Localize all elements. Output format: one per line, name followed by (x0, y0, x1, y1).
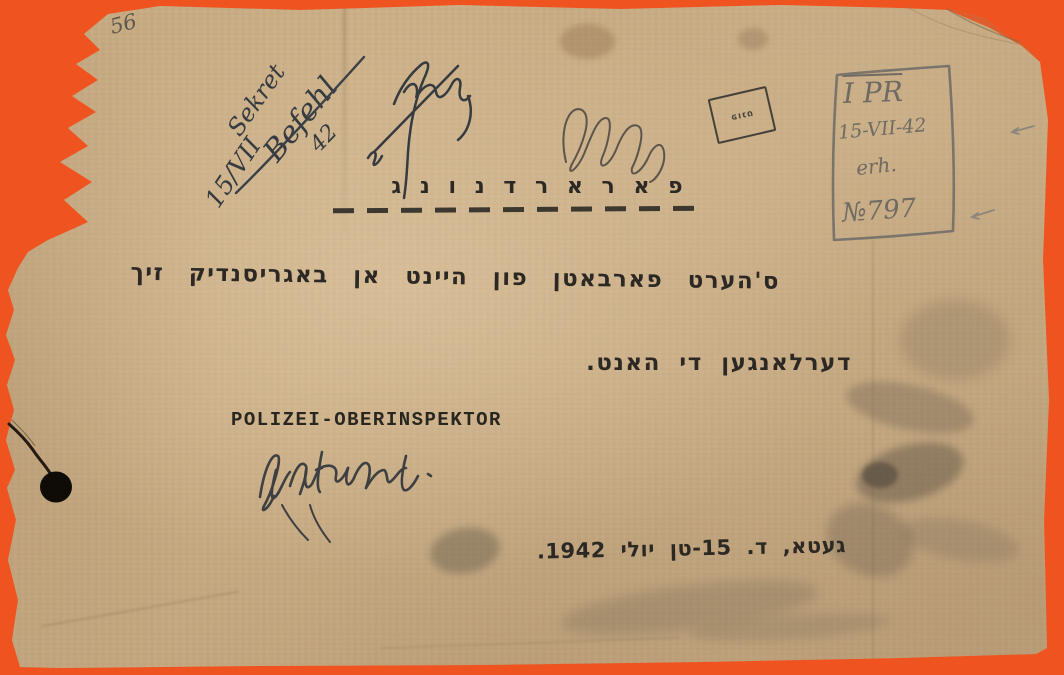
paper-crease (343, 8, 346, 233)
smudge-stain (842, 372, 979, 443)
document-title: פ א ר א ר ד נ ו נ ג (385, 174, 690, 199)
receipt-box-line1: I PR (842, 75, 903, 110)
receipt-box-line3: erh. (855, 152, 898, 180)
receipt-box-line4: №797 (841, 193, 917, 228)
signature-title: POLIZEI-OBERINSPEKTOR (231, 409, 502, 431)
paper-crease (380, 637, 680, 649)
smudge-stain (897, 510, 1022, 570)
smudge-stain (689, 608, 890, 647)
smudge-stain (738, 28, 768, 50)
smudge-stain (900, 300, 1010, 380)
body-text-line2: דערלאנגען די האנט. (552, 350, 852, 376)
smudge-stain (850, 432, 970, 514)
smudge-stain (560, 24, 615, 59)
paper-crease (41, 591, 238, 628)
smudge-stain (862, 462, 898, 488)
paper-crease (872, 240, 874, 660)
paper-sheet (0, 0, 1064, 675)
smudge-stain (558, 569, 822, 645)
scan-background: 56 Sekret Befehl 15/VII 42 I PR 15-VII-4… (0, 0, 1064, 675)
ink-stamp-text: פונט (730, 108, 755, 123)
